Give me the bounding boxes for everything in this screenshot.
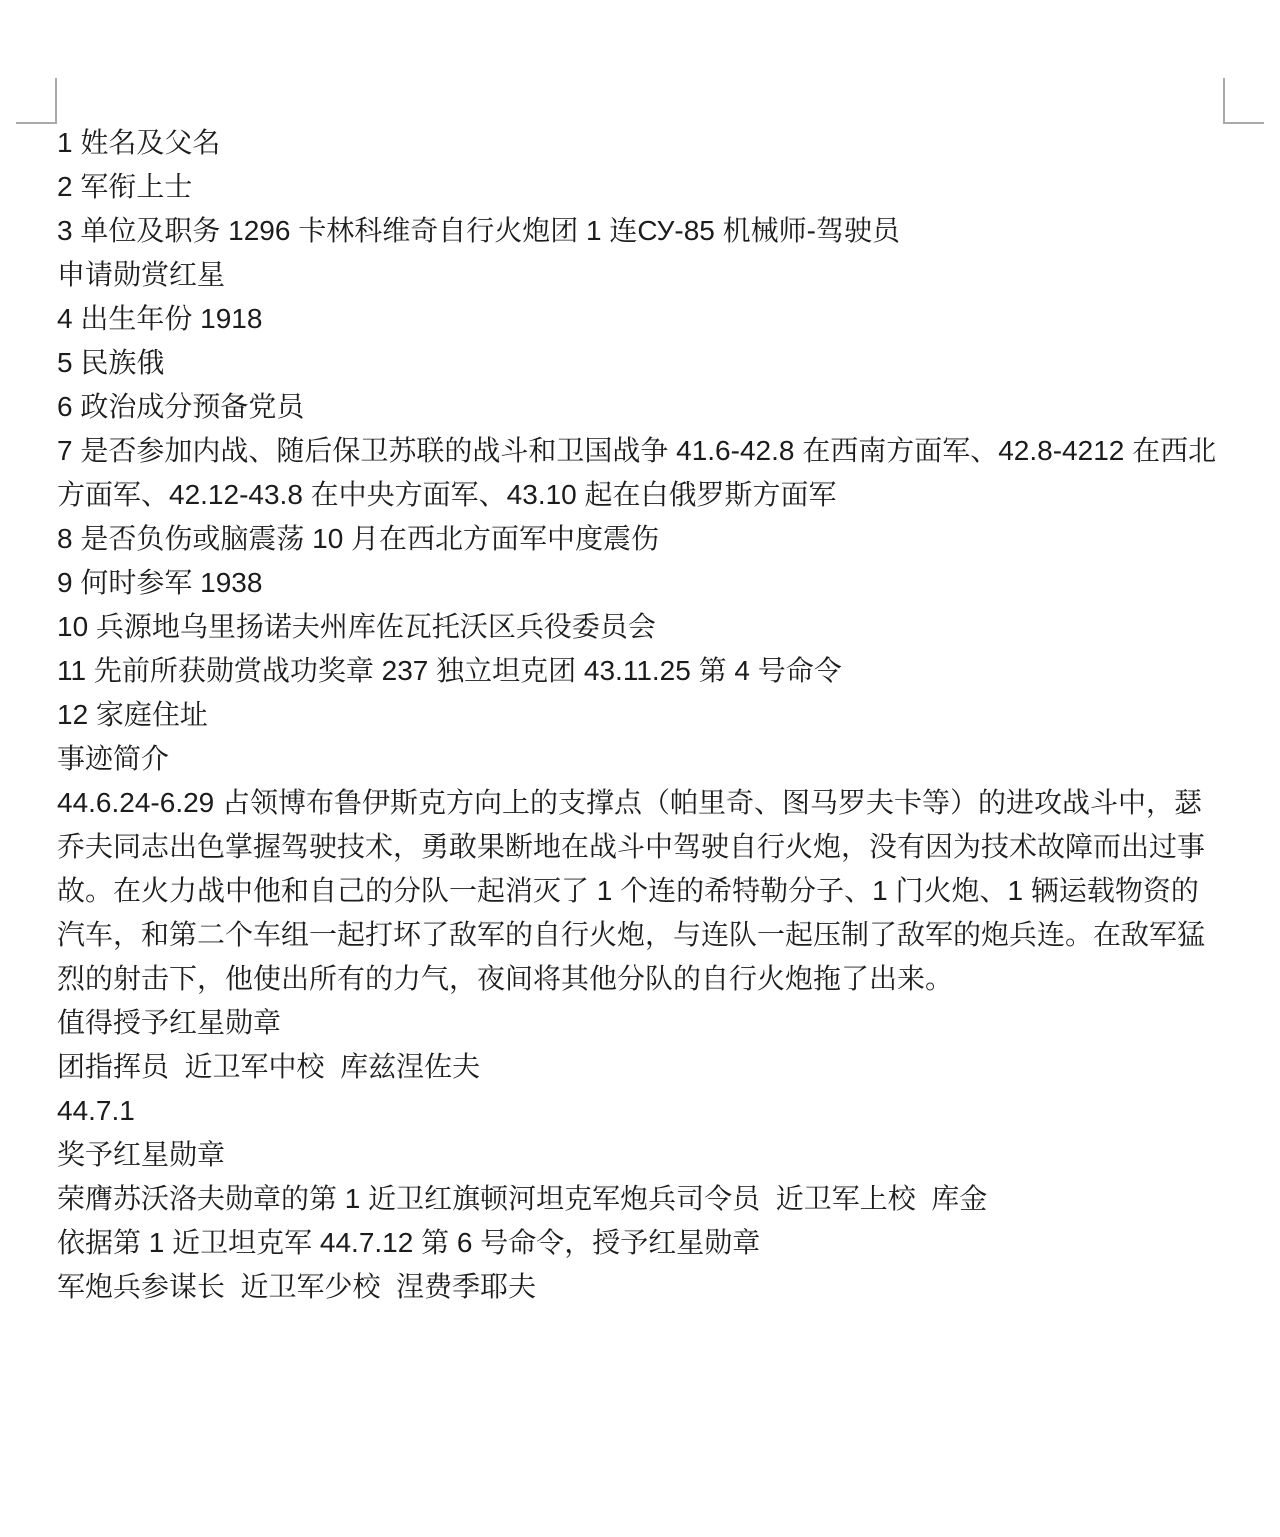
document-line: 8 是否负伤或脑震荡 10 月在西北方面军中度震伤 <box>57 517 1223 561</box>
document-line: 9 何时参军 1938 <box>57 561 1223 605</box>
document-line: 奖予红星勋章 <box>57 1133 1223 1177</box>
document-line-signature: 荣膺苏沃洛夫勋章的第 1 近卫红旗顿河坦克军炮兵司令员 近卫军上校 库金 <box>57 1177 1223 1221</box>
document-line: 12 家庭住址 <box>57 693 1223 737</box>
document-page: 1 姓名及父名 2 军衔上士 3 单位及职务 1296 卡林科维奇自行火炮团 1… <box>0 0 1280 1537</box>
document-line: 10 兵源地乌里扬诺夫州库佐瓦托沃区兵役委员会 <box>57 605 1223 649</box>
document-line: 4 出生年份 1918 <box>57 297 1223 341</box>
document-line: 2 军衔上士 <box>57 165 1223 209</box>
document-line: 6 政治成分预备党员 <box>57 385 1223 429</box>
document-line: 申请勋赏红星 <box>57 253 1223 297</box>
document-line: 值得授予红星勋章 <box>57 1001 1223 1045</box>
document-line-signature: 军炮兵参谋长 近卫军少校 涅费季耶夫 <box>57 1265 1223 1309</box>
document-line: 依据第 1 近卫坦克军 44.7.12 第 6 号命令，授予红星勋章 <box>57 1221 1223 1265</box>
page-margin-corner-right-icon <box>1223 78 1264 124</box>
document-line-section-title: 事迹简介 <box>57 737 1223 781</box>
document-line: 5 民族俄 <box>57 341 1223 385</box>
document-line-date: 44.7.1 <box>57 1089 1223 1133</box>
document-line: 7 是否参加内战、随后保卫苏联的战斗和卫国战争 41.6-42.8 在西南方面军… <box>57 429 1223 517</box>
document-line: 11 先前所获勋赏战功奖章 237 独立坦克团 43.11.25 第 4 号命令 <box>57 649 1223 693</box>
document-content: 1 姓名及父名 2 军衔上士 3 单位及职务 1296 卡林科维奇自行火炮团 1… <box>57 121 1223 1309</box>
document-line: 3 单位及职务 1296 卡林科维奇自行火炮团 1 连СУ-85 机械师-驾驶员 <box>57 209 1223 253</box>
document-line: 1 姓名及父名 <box>57 121 1223 165</box>
document-line-citation-body: 44.6.24-6.29 占领博布鲁伊斯克方向上的支撑点（帕里奇、图马罗夫卡等）… <box>57 781 1223 1001</box>
page-margin-corner-left-icon <box>16 78 57 124</box>
document-line-signature: 团指挥员 近卫军中校 库兹涅佐夫 <box>57 1045 1223 1089</box>
